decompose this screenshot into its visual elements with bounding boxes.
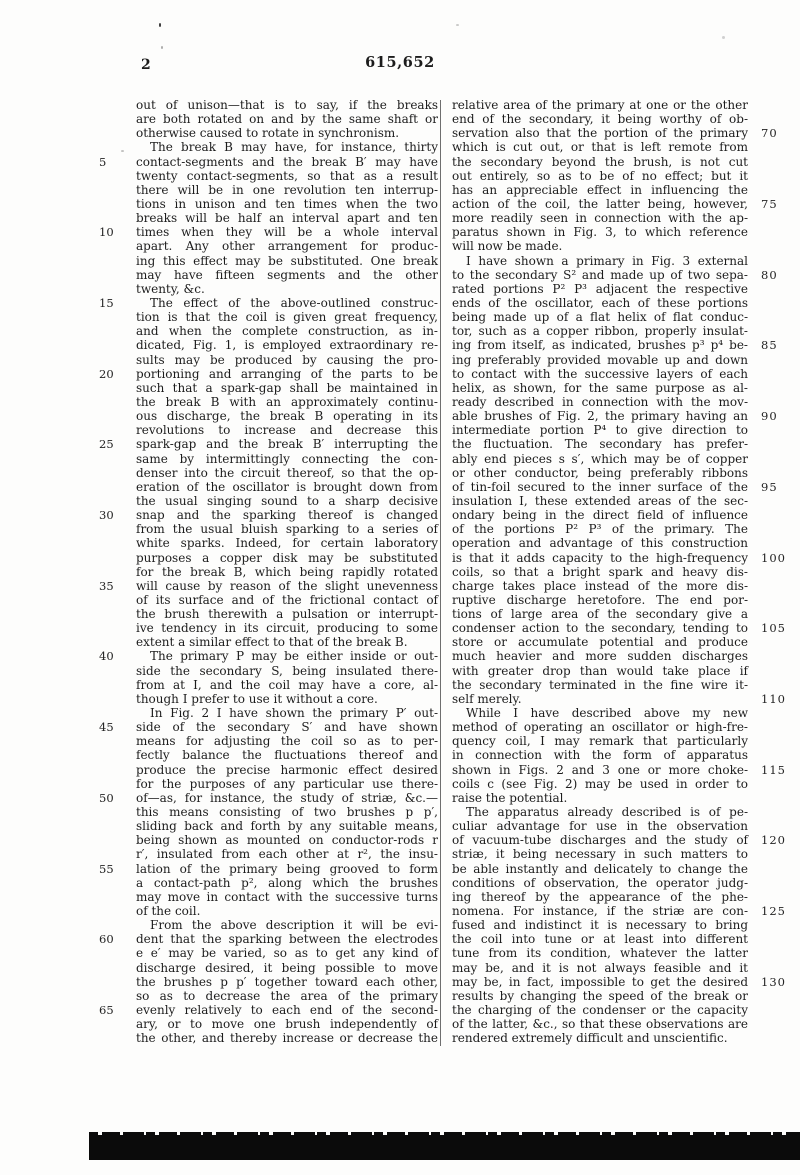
line-text: portioning and arranging of the parts to… xyxy=(136,367,438,381)
line-text: means for adjusting the coil so as to pe… xyxy=(136,734,438,748)
line-text: are both rotated on and by the same shaf… xyxy=(136,112,438,126)
text-line: From the above description it will be ev… xyxy=(136,918,438,932)
line-text: purposes a copper disk may be substitute… xyxy=(136,551,438,565)
text-line: 100is that it adds capacity to the high-… xyxy=(452,551,748,565)
line-text: this means consisting of two brushes p p… xyxy=(136,805,438,819)
line-text: relative area of the primary at one or t… xyxy=(452,98,748,112)
text-line: sults may be produced by causing the pro… xyxy=(136,353,438,367)
line-text: evenly relatively to each end of the sec… xyxy=(136,1003,438,1017)
line-text: dent that the sparking between the elect… xyxy=(136,932,438,946)
text-line: there will be in one revolution ten inte… xyxy=(136,183,438,197)
text-line: striæ, it being necessary in such matter… xyxy=(452,847,748,861)
line-text: of the portions P² P³ of the primary. Th… xyxy=(452,522,748,536)
text-line: 40The primary P may be either inside or … xyxy=(136,649,438,663)
margin-line-number: 95 xyxy=(761,480,791,494)
line-text: ends of the oscillator, each of these po… xyxy=(452,296,748,310)
text-line: 80to the secondary S² and made up of two… xyxy=(452,268,748,282)
text-line: the secondary beyond the brush, is not c… xyxy=(452,155,748,169)
margin-line-number: 40 xyxy=(99,649,129,663)
line-text: action of the coil, the latter being, ho… xyxy=(452,197,748,211)
scan-speck xyxy=(159,23,161,27)
line-text: contact-segments and the break B′ may ha… xyxy=(136,155,438,169)
line-text: out entirely, so as to be of no effect; … xyxy=(452,169,748,183)
line-text: discharge desired, it being possible to … xyxy=(136,961,438,975)
line-text: from at I, and the coil may have a core,… xyxy=(136,678,438,692)
line-text: I have shown a primary in Fig. 3 externa… xyxy=(466,254,748,268)
text-line: charge takes place instead of the more d… xyxy=(452,579,748,593)
line-text: paratus shown in Fig. 3, to which refere… xyxy=(452,225,748,239)
line-text: culiar advantage for use in the observat… xyxy=(452,819,748,833)
line-text: sliding back and forth by any suitable m… xyxy=(136,819,438,833)
line-text: of the latter, &c., so that these observ… xyxy=(452,1017,748,1031)
text-line: 25spark-gap and the break B′ interruptin… xyxy=(136,437,438,451)
line-text: method of operating an oscillator or hig… xyxy=(452,720,748,734)
text-line: ably end pieces s s′, which may be of co… xyxy=(452,452,748,466)
text-line: being made up of a flat helix of flat co… xyxy=(452,310,748,324)
line-text: From the above description it will be ev… xyxy=(150,918,438,932)
line-text: of its surface and of the frictional con… xyxy=(136,593,438,607)
margin-line-number: 65 xyxy=(99,1003,129,1017)
text-line: to contact with the successive layers of… xyxy=(452,367,748,381)
text-line: the coil into tune or at least into diff… xyxy=(452,932,748,946)
line-text: lation of the primary being grooved to f… xyxy=(136,862,438,876)
text-line: store or accumulate potential and produc… xyxy=(452,635,748,649)
margin-line-number: 5 xyxy=(99,155,129,169)
text-line: 5contact-segments and the break B′ may h… xyxy=(136,155,438,169)
line-text: operation and advantage of this construc… xyxy=(452,536,748,550)
line-text: to contact with the successive layers of… xyxy=(452,367,748,381)
margin-line-number: 25 xyxy=(99,437,129,451)
margin-line-number: 55 xyxy=(99,862,129,876)
text-line: for the purposes of any particular use t… xyxy=(136,777,438,791)
line-text: the break B with an approximately contin… xyxy=(136,395,438,409)
text-line: twenty contact-segments, so that as a re… xyxy=(136,169,438,183)
text-line: the usual singing sound to a sharp decis… xyxy=(136,494,438,508)
text-line: purposes a copper disk may be substitute… xyxy=(136,551,438,565)
text-line: will now be made. xyxy=(452,239,748,253)
margin-line-number: 105 xyxy=(761,621,791,635)
line-text: eration of the oscillator is brought dow… xyxy=(136,480,438,494)
line-text: ous discharge, the break B operating in … xyxy=(136,409,438,423)
line-text: of the coil. xyxy=(136,904,200,918)
line-text: times when they will be a whole interval xyxy=(136,225,438,239)
line-text: may be, in fact, impossible to get the d… xyxy=(452,975,748,989)
margin-line-number: 75 xyxy=(761,197,791,211)
text-line: ive tendency in its circuit, producing t… xyxy=(136,621,438,635)
line-text: more readily seen in connection with the… xyxy=(452,211,748,225)
line-text: there will be in one revolution ten inte… xyxy=(136,183,438,197)
text-column-left: out of unison—that is to say, if the bre… xyxy=(136,98,438,1045)
text-line: ary, or to move one brush independently … xyxy=(136,1017,438,1031)
line-text: twenty contact-segments, so that as a re… xyxy=(136,169,438,183)
text-line: dicated, Fig. 1, is employed extraordina… xyxy=(136,338,438,352)
text-line: The apparatus already described is of pe… xyxy=(452,805,748,819)
line-text: extent a similar effect to that of the b… xyxy=(136,635,408,649)
text-line: 130may be, in fact, impossible to get th… xyxy=(452,975,748,989)
margin-line-number: 125 xyxy=(761,904,791,918)
text-line: though I prefer to use it without a core… xyxy=(136,692,438,706)
line-text: may have fifteen segments and the other xyxy=(136,268,438,282)
line-text: may move in contact with the successive … xyxy=(136,890,438,904)
text-line: In Fig. 2 I have shown the primary P′ ou… xyxy=(136,706,438,720)
text-line: I have shown a primary in Fig. 3 externa… xyxy=(452,254,748,268)
text-line: and when the complete construction, as i… xyxy=(136,324,438,338)
line-text: denser into the circuit thereof, so that… xyxy=(136,466,438,480)
text-line: fectly balance the fluctuations thereof … xyxy=(136,748,438,762)
text-line: of the coil. xyxy=(136,904,438,918)
text-line: in connection with the form of apparatus xyxy=(452,748,748,762)
text-line: 125nomena. For instance, if the striæ ar… xyxy=(452,904,748,918)
line-text: While I have described above my new xyxy=(466,706,748,720)
line-text: will now be made. xyxy=(452,239,562,253)
margin-line-number: 20 xyxy=(99,367,129,381)
line-text: striæ, it being necessary in such matter… xyxy=(452,847,748,861)
text-line: may move in contact with the successive … xyxy=(136,890,438,904)
line-text: charge takes place instead of the more d… xyxy=(452,579,748,593)
line-text: the brushes p p′ together toward each ot… xyxy=(136,975,438,989)
scan-speck xyxy=(121,150,124,152)
line-text: though I prefer to use it without a core… xyxy=(136,692,378,706)
line-text: being made up of a flat helix of flat co… xyxy=(452,310,748,324)
patent-number: 615,652 xyxy=(0,54,800,71)
text-line: 50of—as, for instance, the study of stri… xyxy=(136,791,438,805)
line-text: raise the potential. xyxy=(452,791,567,805)
text-line: conditions of observation, the operator … xyxy=(452,876,748,890)
line-text: tions of large area of the secondary giv… xyxy=(452,607,748,621)
margin-line-number: 10 xyxy=(99,225,129,239)
line-text: so as to decrease the area of the primar… xyxy=(136,989,438,1003)
text-line: rated portions P² P³ adjacent the respec… xyxy=(452,282,748,296)
text-line: rendered extremely difficult and unscien… xyxy=(452,1031,748,1045)
line-text: dicated, Fig. 1, is employed extraordina… xyxy=(136,338,438,352)
text-line: this means consisting of two brushes p p… xyxy=(136,805,438,819)
line-text: be able instantly and delicately to chan… xyxy=(452,862,748,876)
text-line: of its surface and of the frictional con… xyxy=(136,593,438,607)
text-line: apart. Any other arrangement for produc- xyxy=(136,239,438,253)
text-line: 45side of the secondary S′ and have show… xyxy=(136,720,438,734)
text-line: method of operating an oscillator or hig… xyxy=(452,720,748,734)
text-line: The break B may have, for instance, thir… xyxy=(136,140,438,154)
line-text: ing preferably provided movable up and d… xyxy=(452,353,748,367)
text-line: may have fifteen segments and the other xyxy=(136,268,438,282)
text-line: out entirely, so as to be of no effect; … xyxy=(452,169,748,183)
text-line: 30snap and the sparking thereof is chang… xyxy=(136,508,438,522)
line-text: quency coil, I may remark that particula… xyxy=(452,734,748,748)
line-text: The effect of the above-outlined constru… xyxy=(150,296,438,310)
line-text: In Fig. 2 I have shown the primary P′ ou… xyxy=(150,706,438,720)
line-text: ing from itself, as indicated, brushes p… xyxy=(452,338,748,352)
text-line: ing this effect may be substituted. One … xyxy=(136,254,438,268)
line-text: and when the complete construction, as i… xyxy=(136,324,438,338)
text-line: much heavier and more sudden discharges xyxy=(452,649,748,663)
text-line: a contact-path p², along which the brush… xyxy=(136,876,438,890)
text-line: raise the potential. xyxy=(452,791,748,805)
scan-artifact-bar xyxy=(89,1135,800,1160)
text-line: being shown as mounted on conductor-rods… xyxy=(136,833,438,847)
line-text: ing this effect may be substituted. One … xyxy=(136,254,438,268)
text-line: tor, such as a copper ribbon, properly i… xyxy=(452,324,748,338)
text-line: r′, insulated from each other at r², the… xyxy=(136,847,438,861)
line-text: helix, as shown, for the same purpose as… xyxy=(452,381,748,395)
text-line: results by changing the speed of the bre… xyxy=(452,989,748,1003)
text-line: tion is that the coil is given great fre… xyxy=(136,310,438,324)
text-line: 75action of the coil, the latter being, … xyxy=(452,197,748,211)
patent-page: 2 615,652 out of unison—that is to say, … xyxy=(0,0,800,1175)
text-line: means for adjusting the coil so as to pe… xyxy=(136,734,438,748)
margin-line-number: 70 xyxy=(761,126,791,140)
text-line: tune from its condition, whatever the la… xyxy=(452,946,748,960)
line-text: conditions of observation, the operator … xyxy=(452,876,748,890)
line-text: ing thereof by the appearance of the phe… xyxy=(452,890,748,904)
text-line: the other, and thereby increase or decre… xyxy=(136,1031,438,1045)
text-line: 60dent that the sparking between the ele… xyxy=(136,932,438,946)
line-text: of tin-foil secured to the inner surface… xyxy=(452,480,748,494)
text-line: insulation I, these extended areas of th… xyxy=(452,494,748,508)
margin-line-number: 130 xyxy=(761,975,791,989)
text-line: extent a similar effect to that of the b… xyxy=(136,635,438,649)
line-text: insulation I, these extended areas of th… xyxy=(452,494,748,508)
text-line: so as to decrease the area of the primar… xyxy=(136,989,438,1003)
line-text: rendered extremely difficult and unscien… xyxy=(452,1031,728,1045)
text-line: are both rotated on and by the same shaf… xyxy=(136,112,438,126)
line-text: intermediate portion P⁴ to give directio… xyxy=(452,423,748,437)
line-text: of—as, for instance, the study of striæ,… xyxy=(136,791,438,805)
text-line: the fluctuation. The secondary has prefe… xyxy=(452,437,748,451)
line-text: to the secondary S² and made up of two s… xyxy=(452,268,748,282)
line-text: the other, and thereby increase or decre… xyxy=(136,1031,438,1045)
margin-line-number: 30 xyxy=(99,508,129,522)
line-text: e e′ may be varied, so as to get any kin… xyxy=(136,946,438,960)
text-line: revolutions to increase and decrease thi… xyxy=(136,423,438,437)
text-line: denser into the circuit thereof, so that… xyxy=(136,466,438,480)
line-text: ary, or to move one brush independently … xyxy=(136,1017,438,1031)
text-line: ondary being in the direct field of infl… xyxy=(452,508,748,522)
line-text: tune from its condition, whatever the la… xyxy=(452,946,748,960)
text-line: ing thereof by the appearance of the phe… xyxy=(452,890,748,904)
line-text: in connection with the form of apparatus xyxy=(452,748,748,762)
line-text: sults may be produced by causing the pro… xyxy=(136,353,438,367)
line-text: otherwise caused to rotate in synchronis… xyxy=(136,126,399,140)
text-line: or other conductor, being preferably rib… xyxy=(452,466,748,480)
line-text: or other conductor, being preferably rib… xyxy=(452,466,748,480)
line-text: may be, and it is not always feasible an… xyxy=(452,961,748,975)
line-text: ruptive discharge heretofore. The end po… xyxy=(452,593,748,607)
text-line: ing preferably provided movable up and d… xyxy=(452,353,748,367)
text-line: 120of vacuum-tube discharges and the stu… xyxy=(452,833,748,847)
text-line: twenty, &c. xyxy=(136,282,438,296)
text-line: 110self merely. xyxy=(452,692,748,706)
text-line: the secondary terminated in the fine wir… xyxy=(452,678,748,692)
margin-line-number: 100 xyxy=(761,551,791,565)
line-text: condenser action to the secondary, tendi… xyxy=(452,621,748,635)
text-line: white sparks. Indeed, for certain labora… xyxy=(136,536,438,550)
text-line: coils, so that a bright spark and heavy … xyxy=(452,565,748,579)
line-text: the coil into tune or at least into diff… xyxy=(452,932,748,946)
text-line: from the usual bluish sparking to a seri… xyxy=(136,522,438,536)
line-text: with greater drop than would take place … xyxy=(452,664,748,678)
text-line: 115shown in Figs. 2 and 3 one or more ch… xyxy=(452,763,748,777)
line-text: the charging of the condenser or the cap… xyxy=(452,1003,748,1017)
line-text: The break B may have, for instance, thir… xyxy=(150,140,438,154)
text-line: While I have described above my new xyxy=(452,706,748,720)
line-text: being shown as mounted on conductor-rods… xyxy=(136,833,438,847)
line-text: which is cut out, or that is left remote… xyxy=(452,140,748,154)
text-line: more readily seen in connection with the… xyxy=(452,211,748,225)
margin-line-number: 35 xyxy=(99,579,129,593)
line-text: self merely. xyxy=(452,692,522,706)
line-text: ondary being in the direct field of infl… xyxy=(452,508,748,522)
text-line: 95of tin-foil secured to the inner surfa… xyxy=(452,480,748,494)
line-text: the usual singing sound to a sharp decis… xyxy=(136,494,438,508)
margin-line-number: 50 xyxy=(99,791,129,805)
line-text: servation also that the portion of the p… xyxy=(452,126,748,140)
text-line: which is cut out, or that is left remote… xyxy=(452,140,748,154)
text-line: the charging of the condenser or the cap… xyxy=(452,1003,748,1017)
line-text: ably end pieces s s′, which may be of co… xyxy=(452,452,748,466)
line-text: ready described in connection with the m… xyxy=(452,395,748,409)
text-line: helix, as shown, for the same purpose as… xyxy=(452,381,748,395)
line-text: end of the secondary, it being worthy of… xyxy=(452,112,748,126)
text-line: of the portions P² P³ of the primary. Th… xyxy=(452,522,748,536)
text-line: 105condenser action to the secondary, te… xyxy=(452,621,748,635)
text-line: with greater drop than would take place … xyxy=(452,664,748,678)
text-line: ready described in connection with the m… xyxy=(452,395,748,409)
text-line: ends of the oscillator, each of these po… xyxy=(452,296,748,310)
margin-line-number: 110 xyxy=(761,692,791,706)
text-line: quency coil, I may remark that particula… xyxy=(452,734,748,748)
line-text: nomena. For instance, if the striæ are c… xyxy=(452,904,748,918)
line-text: r′, insulated from each other at r², the… xyxy=(136,847,438,861)
text-line: operation and advantage of this construc… xyxy=(452,536,748,550)
text-line: be able instantly and delicately to chan… xyxy=(452,862,748,876)
scan-speck xyxy=(722,36,725,39)
line-text: has an appreciable effect in influencing… xyxy=(452,183,748,197)
line-text: coils, so that a bright spark and heavy … xyxy=(452,565,748,579)
margin-line-number: 115 xyxy=(761,763,791,777)
margin-line-number: 60 xyxy=(99,932,129,946)
text-line: for the break B, which being rapidly rot… xyxy=(136,565,438,579)
text-line: such that a spark-gap shall be maintaine… xyxy=(136,381,438,395)
text-line: end of the secondary, it being worthy of… xyxy=(452,112,748,126)
margin-line-number: 120 xyxy=(761,833,791,847)
text-line: may be, and it is not always feasible an… xyxy=(452,961,748,975)
text-line: 55lation of the primary being grooved to… xyxy=(136,862,438,876)
text-line: 85ing from itself, as indicated, brushes… xyxy=(452,338,748,352)
margin-line-number: 85 xyxy=(761,338,791,352)
line-text: tions in unison and ten times when the t… xyxy=(136,197,438,211)
margin-line-number: 80 xyxy=(761,268,791,282)
text-column-right: relative area of the primary at one or t… xyxy=(452,98,748,1045)
column-divider-rule xyxy=(440,100,441,1046)
scan-speck xyxy=(161,46,163,49)
line-text: snap and the sparking thereof is changed xyxy=(136,508,438,522)
text-line: otherwise caused to rotate in synchronis… xyxy=(136,126,438,140)
text-line: 90able brushes of Fig. 2, the primary ha… xyxy=(452,409,748,423)
line-text: out of unison—that is to say, if the bre… xyxy=(136,98,438,112)
line-text: revolutions to increase and decrease thi… xyxy=(136,423,438,437)
text-line: e e′ may be varied, so as to get any kin… xyxy=(136,946,438,960)
text-line: ous discharge, the break B operating in … xyxy=(136,409,438,423)
line-text: results by changing the speed of the bre… xyxy=(452,989,748,1003)
line-text: ive tendency in its circuit, producing t… xyxy=(136,621,438,635)
text-line: tions of large area of the secondary giv… xyxy=(452,607,748,621)
line-text: produce the precise harmonic effect desi… xyxy=(136,763,438,777)
line-text: white sparks. Indeed, for certain labora… xyxy=(136,536,438,550)
text-line: 35will cause by reason of the slight une… xyxy=(136,579,438,593)
text-line: of the latter, &c., so that these observ… xyxy=(452,1017,748,1031)
line-text: The apparatus already described is of pe… xyxy=(466,805,748,819)
line-text: apart. Any other arrangement for produc- xyxy=(136,239,438,253)
line-text: side the secondary S, being insulated th… xyxy=(136,664,438,678)
line-text: for the purposes of any particular use t… xyxy=(136,777,438,791)
margin-line-number: 45 xyxy=(99,720,129,734)
line-text: of vacuum-tube discharges and the study … xyxy=(452,833,748,847)
line-text: same by intermittingly connecting the co… xyxy=(136,452,438,466)
text-line: the brushes p p′ together toward each ot… xyxy=(136,975,438,989)
text-line: 20portioning and arranging of the parts … xyxy=(136,367,438,381)
line-text: spark-gap and the break B′ interrupting … xyxy=(136,437,438,451)
text-line: sliding back and forth by any suitable m… xyxy=(136,819,438,833)
text-line: tions in unison and ten times when the t… xyxy=(136,197,438,211)
text-line: same by intermittingly connecting the co… xyxy=(136,452,438,466)
line-text: rated portions P² P³ adjacent the respec… xyxy=(452,282,748,296)
line-text: The primary P may be either inside or ou… xyxy=(150,649,438,663)
text-line: 70servation also that the portion of the… xyxy=(452,126,748,140)
text-line: eration of the oscillator is brought dow… xyxy=(136,480,438,494)
line-text: tion is that the coil is given great fre… xyxy=(136,310,438,324)
text-line: relative area of the primary at one or t… xyxy=(452,98,748,112)
line-text: will cause by reason of the slight uneve… xyxy=(136,579,438,593)
text-line: breaks will be half an interval apart an… xyxy=(136,211,438,225)
line-text: such that a spark-gap shall be maintaine… xyxy=(136,381,438,395)
line-text: the secondary terminated in the fine wir… xyxy=(452,678,748,692)
line-text: the brush therewith a pulsation or inter… xyxy=(136,607,438,621)
text-line: coils c (see Fig. 2) may be used in orde… xyxy=(452,777,748,791)
line-text: fused and indistinct it is necessary to … xyxy=(452,918,748,932)
text-line: 65evenly relatively to each end of the s… xyxy=(136,1003,438,1017)
line-text: the secondary beyond the brush, is not c… xyxy=(452,155,748,169)
text-line: side the secondary S, being insulated th… xyxy=(136,664,438,678)
line-text: much heavier and more sudden discharges xyxy=(452,649,748,663)
line-text: from the usual bluish sparking to a seri… xyxy=(136,522,438,536)
line-text: shown in Figs. 2 and 3 one or more choke… xyxy=(452,763,748,777)
margin-line-number: 15 xyxy=(99,296,129,310)
text-line: intermediate portion P⁴ to give directio… xyxy=(452,423,748,437)
line-text: tor, such as a copper ribbon, properly i… xyxy=(452,324,748,338)
line-text: breaks will be half an interval apart an… xyxy=(136,211,438,225)
line-text: a contact-path p², along which the brush… xyxy=(136,876,438,890)
text-line: out of unison—that is to say, if the bre… xyxy=(136,98,438,112)
text-line: 10times when they will be a whole interv… xyxy=(136,225,438,239)
text-line: 15The effect of the above-outlined const… xyxy=(136,296,438,310)
line-text: the fluctuation. The secondary has prefe… xyxy=(452,437,748,451)
scan-speck xyxy=(456,24,459,26)
margin-line-number: 90 xyxy=(761,409,791,423)
line-text: store or accumulate potential and produc… xyxy=(452,635,748,649)
line-text: able brushes of Fig. 2, the primary havi… xyxy=(452,409,748,423)
line-text: fectly balance the fluctuations thereof … xyxy=(136,748,438,762)
text-line: discharge desired, it being possible to … xyxy=(136,961,438,975)
line-text: coils c (see Fig. 2) may be used in orde… xyxy=(452,777,748,791)
line-text: for the break B, which being rapidly rot… xyxy=(136,565,438,579)
line-text: twenty, &c. xyxy=(136,282,205,296)
text-line: fused and indistinct it is necessary to … xyxy=(452,918,748,932)
text-line: the break B with an approximately contin… xyxy=(136,395,438,409)
text-line: the brush therewith a pulsation or inter… xyxy=(136,607,438,621)
text-line: produce the precise harmonic effect desi… xyxy=(136,763,438,777)
text-line: paratus shown in Fig. 3, to which refere… xyxy=(452,225,748,239)
text-line: from at I, and the coil may have a core,… xyxy=(136,678,438,692)
